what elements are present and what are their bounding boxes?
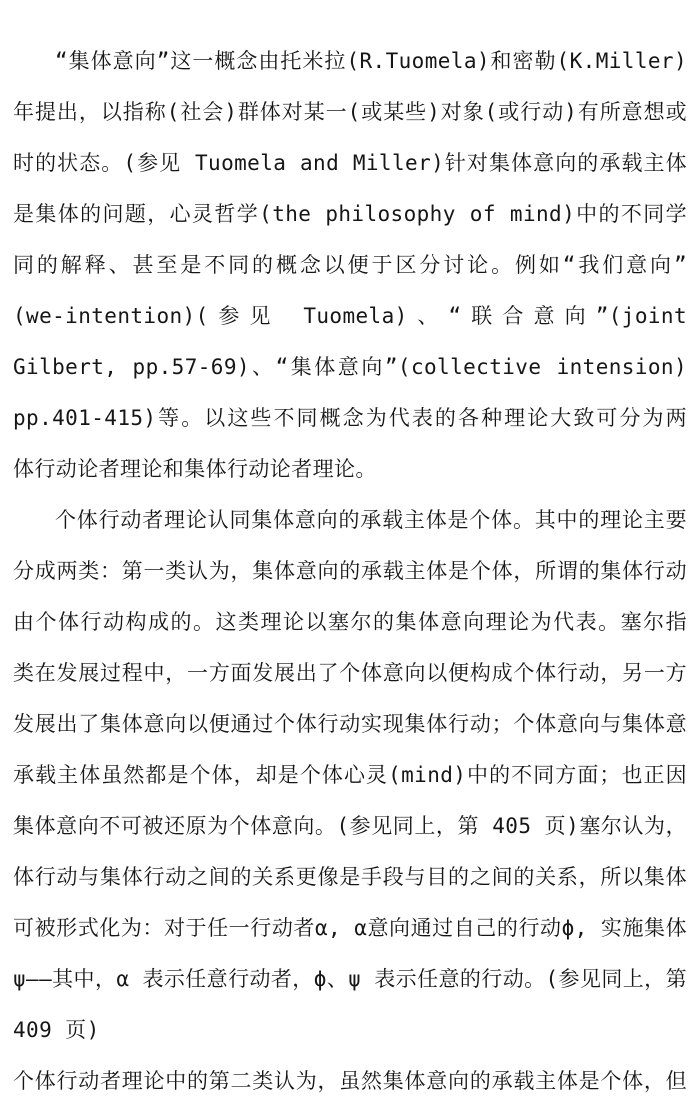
text-line: 承载主体虽然都是个体，却是个体心灵(mind)中的不同方面；也正因如此，: [13, 750, 687, 801]
text-line: 409 页): [13, 1005, 687, 1056]
text-line: “集体意向”这一概念由托米拉(R.Tuomela)和密勒(K.Miller)于 …: [13, 36, 687, 87]
text-line: 同的解释、甚至是不同的概念以便于区分讨论。例如“我们意向”: [13, 240, 687, 291]
text-line: 是集体的问题，心灵哲学(the philosophy of mind)中的不同学…: [13, 189, 687, 240]
text-line: 个体行动者理论中的第二类认为，虽然集体意向的承载主体是个体，但集体: [13, 1056, 687, 1105]
text-line: 分成两类：第一类认为，集体意向的承载主体是个体，所谓的集体行动也是: [13, 546, 687, 597]
text-line: 时的状态。(参见 Tuomela and Miller)针对集体意向的承载主体是…: [13, 138, 687, 189]
text-line: Gilbert, pp.57-69)、“集体意向”(collective int…: [13, 342, 687, 393]
document-page: “集体意向”这一概念由托米拉(R.Tuomela)和密勒(K.Miller)于 …: [0, 0, 700, 1105]
text-line: 年提出，以指称(社会)群体对某一(或某些)对象(或行动)有所意想或者指向: [13, 87, 687, 138]
document-text: “集体意向”这一概念由托米拉(R.Tuomela)和密勒(K.Miller)于 …: [0, 0, 700, 1105]
text-line: (we-intention)(参见 Tuomela)、“联合意向”(joint …: [13, 291, 687, 342]
text-line: 类在发展过程中，一方面发展出了个体意向以便构成个体行动，另一方面也: [13, 648, 687, 699]
text-line: pp.401-415)等。以这些不同概念为代表的各种理论大致可分为两类，即个: [13, 393, 687, 444]
text-line: 发展出了集体意向以便通过个体行动实现集体行动；个体意向与集体意向的: [13, 699, 687, 750]
text-line: 个体行动者理论认同集体意向的承载主体是个体。其中的理论主要可被: [13, 495, 687, 546]
text-line: 可被形式化为：对于任一行动者α, α意向通过自己的行动ϕ, 实施集体行动: [13, 903, 687, 954]
text-line: 体行动与集体行动之间的关系更像是手段与目的之间的关系，所以集体意向: [13, 852, 687, 903]
text-line: 由个体行动构成的。这类理论以塞尔的集体意向理论为代表。塞尔指出，人: [13, 597, 687, 648]
text-line: 集体意向不可被还原为个体意向。(参见同上，第 405 页)塞尔认为，由于个: [13, 801, 687, 852]
text-line: ψ——其中，α 表示任意行动者，ϕ、ψ 表示任意的行动。(参见同上，第: [13, 954, 687, 1005]
text-line: 体行动论者理论和集体行动论者理论。: [13, 444, 687, 495]
